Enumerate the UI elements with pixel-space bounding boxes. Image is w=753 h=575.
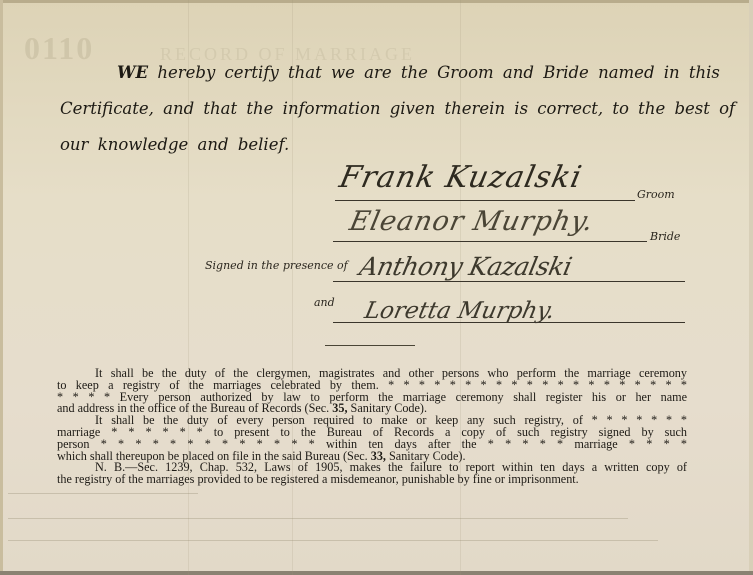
- witness-label: Signed in the presence of: [205, 259, 348, 272]
- paper-edge-bottom: [0, 571, 753, 575]
- paper-edge-left: [0, 0, 3, 575]
- and-label: and: [314, 296, 335, 309]
- show-through-rule: [8, 518, 628, 519]
- legal-notice: It shall be the duty of the clergymen, m…: [57, 368, 687, 486]
- certification-line-1: WE hereby certify that we are the Groom …: [60, 55, 700, 91]
- witness-1-signature: Anthony Kazalski: [357, 252, 574, 281]
- witness-2-signature: Loretta Murphy.: [362, 298, 557, 324]
- paper-edge-top: [0, 0, 753, 3]
- certification-statement: WE hereby certify that we are the Groom …: [60, 55, 700, 163]
- certification-lead-word: WE: [117, 63, 148, 82]
- witness-1-signature-line: [333, 281, 685, 282]
- certification-line-3: our knowledge and belief.: [60, 127, 700, 163]
- notice-nb-line2: the registry of the marriages provided t…: [57, 474, 687, 486]
- certificate-page: 0110 RECORD OF MARRIAGE WE hereby certif…: [0, 0, 753, 575]
- certification-line-1-text: hereby certify that we are the Groom and…: [157, 63, 720, 82]
- groom-label: Groom: [637, 188, 675, 201]
- bride-signature: Eleanor Murphy.: [347, 206, 597, 237]
- paper-edge-right: [749, 0, 753, 575]
- certification-line-2: Certificate, and that the information gi…: [60, 91, 700, 127]
- witness-2-signature-line: [333, 322, 685, 323]
- show-through-rule: [8, 540, 658, 541]
- groom-signature-line: [335, 200, 635, 201]
- bride-signature-line: [333, 241, 647, 242]
- show-through-rule: [8, 493, 198, 494]
- separator-rule: [325, 345, 415, 346]
- groom-signature: Frank Kuzalski: [336, 160, 585, 195]
- bride-label: Bride: [650, 230, 680, 243]
